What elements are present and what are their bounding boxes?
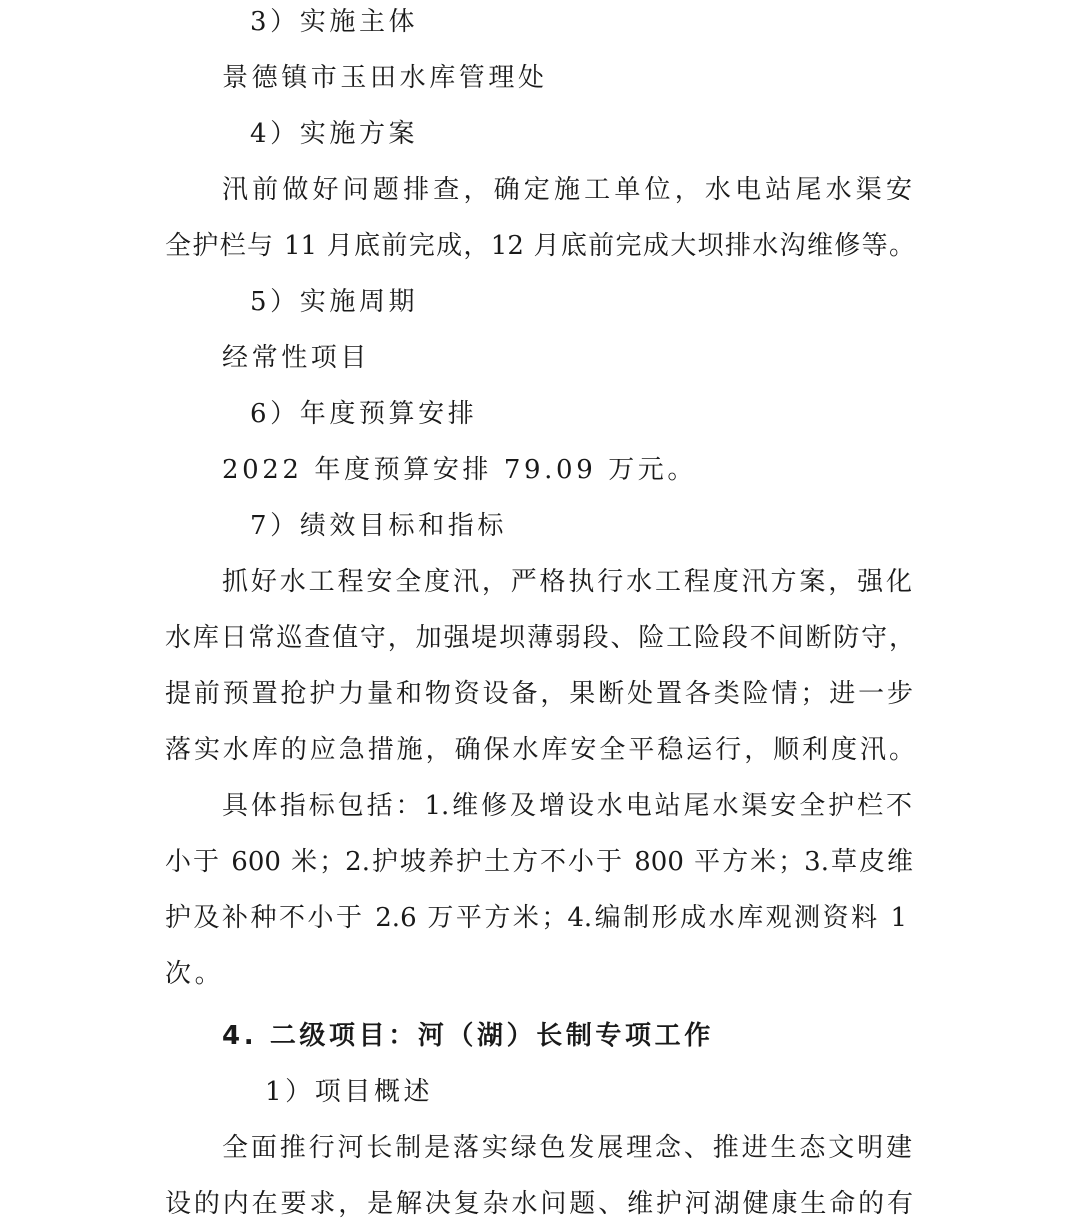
implementer-name: 景德镇市玉田水库管理处 [222,58,548,98]
performance-paragraph-line-4: 落实水库的应急措施，确保水库安全平稳运行，顺利度汛。 [165,730,915,770]
performance-paragraph-line-2: 水库日常巡查值守，加强堤坝薄弱段、险工险段不间断防守， [165,618,915,658]
section-heading-river-chief: 4. 二级项目：河（湖）长制专项工作 [222,1016,714,1056]
subheading-budget: 6）年度预算安排 [250,394,477,434]
period-value: 经常性项目 [222,338,370,378]
overview-paragraph-line-1: 全面推行河长制是落实绿色发展理念、推进生态文明建 [222,1128,912,1168]
overview-paragraph-line-2: 设的内在要求，是解决复杂水问题、维护河湖健康生命的有 [165,1184,913,1224]
indicators-paragraph-line-4: 次。 [165,954,224,994]
performance-paragraph-line-3: 提前预置抢护力量和物资设备，果断处置各类险情；进一步 [165,674,913,714]
plan-paragraph-line-2: 全护栏与 11 月底前完成，12 月底前完成大坝排水沟维修等。 [165,226,915,266]
indicators-paragraph-line-3: 护及补种不小于 2.6 万平方米；4.编制形成水库观测资料 1 [165,898,907,938]
plan-paragraph-line-1: 汛前做好问题排查，确定施工单位，水电站尾水渠安 [222,170,912,210]
subheading-plan: 4）实施方案 [250,114,418,154]
subheading-implementer: 3）实施主体 [250,2,418,42]
indicators-paragraph-line-2: 小于 600 米；2.护坡养护土方不小于 800 平方米；3.草皮维 [165,842,913,882]
subheading-overview: 1）项目概述 [265,1072,433,1112]
budget-value: 2022 年度预算安排 79.09 万元。 [222,450,697,490]
document-page: 3）实施主体 景德镇市玉田水库管理处 4）实施方案 汛前做好问题排查，确定施工单… [0,0,1074,1224]
indicators-paragraph-line-1: 具体指标包括：1.维修及增设水电站尾水渠安全护栏不 [222,786,912,826]
subheading-period: 5）实施周期 [250,282,418,322]
performance-paragraph-line-1: 抓好水工程安全度汛，严格执行水工程度汛方案，强化 [222,562,912,602]
subheading-performance: 7）绩效目标和指标 [250,506,507,546]
